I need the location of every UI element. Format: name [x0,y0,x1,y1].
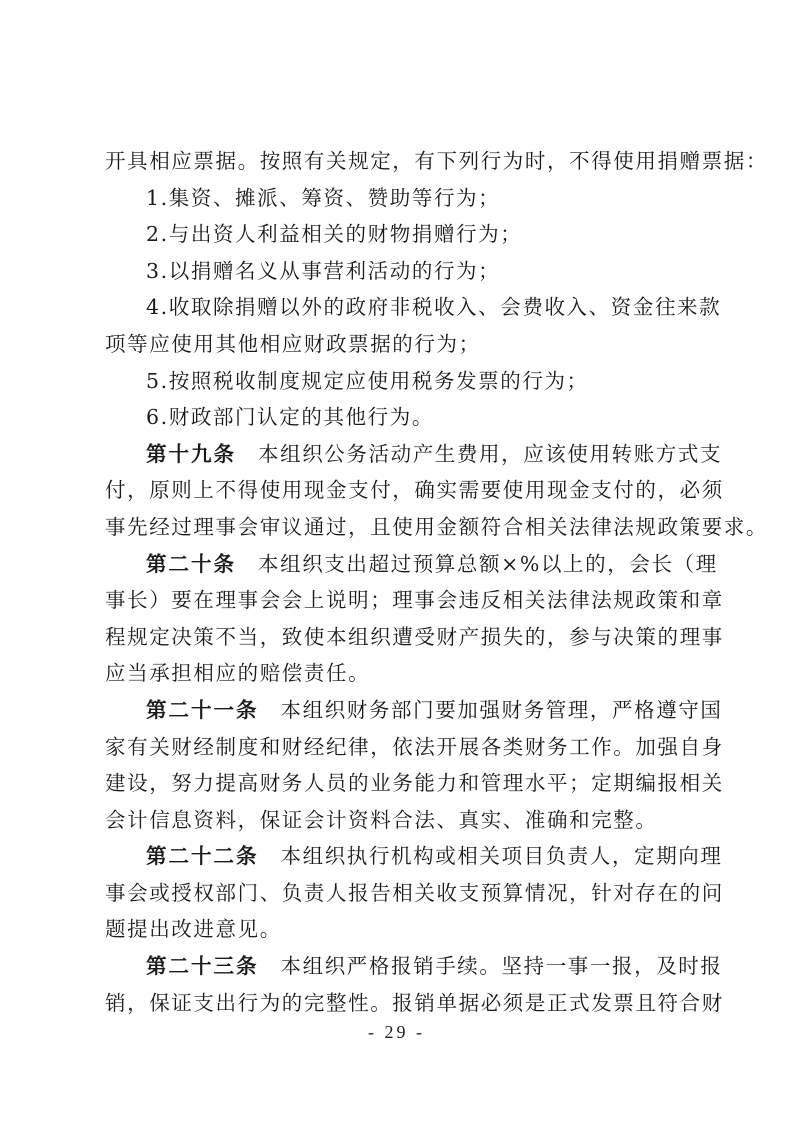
article-heading: 第十九条 [146,442,236,466]
article-text: 本组织支出超过预算总额×%以上的，会长（理 [258,552,718,576]
article-text: 本组织公务活动产生费用，应该使用转账方式支 [258,442,722,466]
paragraph-line: 会计信息资料，保证会计资料合法、真实、准确和完整。 [105,802,695,839]
article-heading: 第二十一条 [146,698,259,722]
page-number: - 29 - [0,1022,793,1043]
paragraph-line: 建设，努力提高财务人员的业务能力和管理水平；定期编报相关 [105,765,695,802]
article-heading: 第二十三条 [146,954,259,978]
article-21: 第二十一条本组织财务部门要加强财务管理，严格遵守国 [105,692,695,729]
list-item-1: 1.集资、摊派、筹资、赞助等行为； [105,180,695,217]
paragraph-line: 事会或授权部门、负责人报告相关收支预算情况，针对存在的问 [105,875,695,912]
list-item-5: 5.按照税收制度规定应使用税务发票的行为； [105,363,695,400]
document-page-body: 开具相应票据。按照有关规定，有下列行为时，不得使用捐赠票据： 1.集资、摊派、筹… [105,143,695,1021]
list-item-6: 6.财政部门认定的其他行为。 [105,399,695,436]
article-text: 本组织严格报销手续。坚持一事一报，及时报 [281,954,723,978]
article-heading: 第二十条 [146,552,236,576]
article-22: 第二十二条本组织执行机构或相关项目负责人，定期向理 [105,838,695,875]
paragraph-line: 事先经过理事会审议通过，且使用金额符合相关法律法规政策要求。 [105,509,695,546]
article-text: 本组织财务部门要加强财务管理，严格遵守国 [281,698,723,722]
article-19: 第十九条本组织公务活动产生费用，应该使用转账方式支 [105,436,695,473]
article-23: 第二十三条本组织严格报销手续。坚持一事一报，及时报 [105,948,695,985]
list-item-2: 2.与出资人利益相关的财物捐赠行为； [105,216,695,253]
list-item-4-cont: 项等应使用其他相应财政票据的行为； [105,326,695,363]
article-20: 第二十条本组织支出超过预算总额×%以上的，会长（理 [105,546,695,583]
article-text: 本组织执行机构或相关项目负责人，定期向理 [281,844,723,868]
paragraph-line: 程规定决策不当，致使本组织遭受财产损失的，参与决策的理事 [105,619,695,656]
article-heading: 第二十二条 [146,844,259,868]
paragraph-line: 题提出改进意见。 [105,911,695,948]
paragraph-line: 家有关财经制度和财经纪律，依法开展各类财务工作。加强自身 [105,729,695,766]
paragraph-line: 应当承担相应的赔偿责任。 [105,655,695,692]
list-item-3: 3.以捐赠名义从事营利活动的行为； [105,253,695,290]
paragraph-line: 付，原则上不得使用现金支付，确实需要使用现金支付的，必须 [105,472,695,509]
list-item-4: 4.收取除捐赠以外的政府非税收入、会费收入、资金往来款 [105,289,695,326]
paragraph-line: 开具相应票据。按照有关规定，有下列行为时，不得使用捐赠票据： [105,143,695,180]
paragraph-line: 事长）要在理事会会上说明；理事会违反相关法律法规政策和章 [105,582,695,619]
paragraph-line: 销，保证支出行为的完整性。报销单据必须是正式发票且符合财 [105,985,695,1022]
